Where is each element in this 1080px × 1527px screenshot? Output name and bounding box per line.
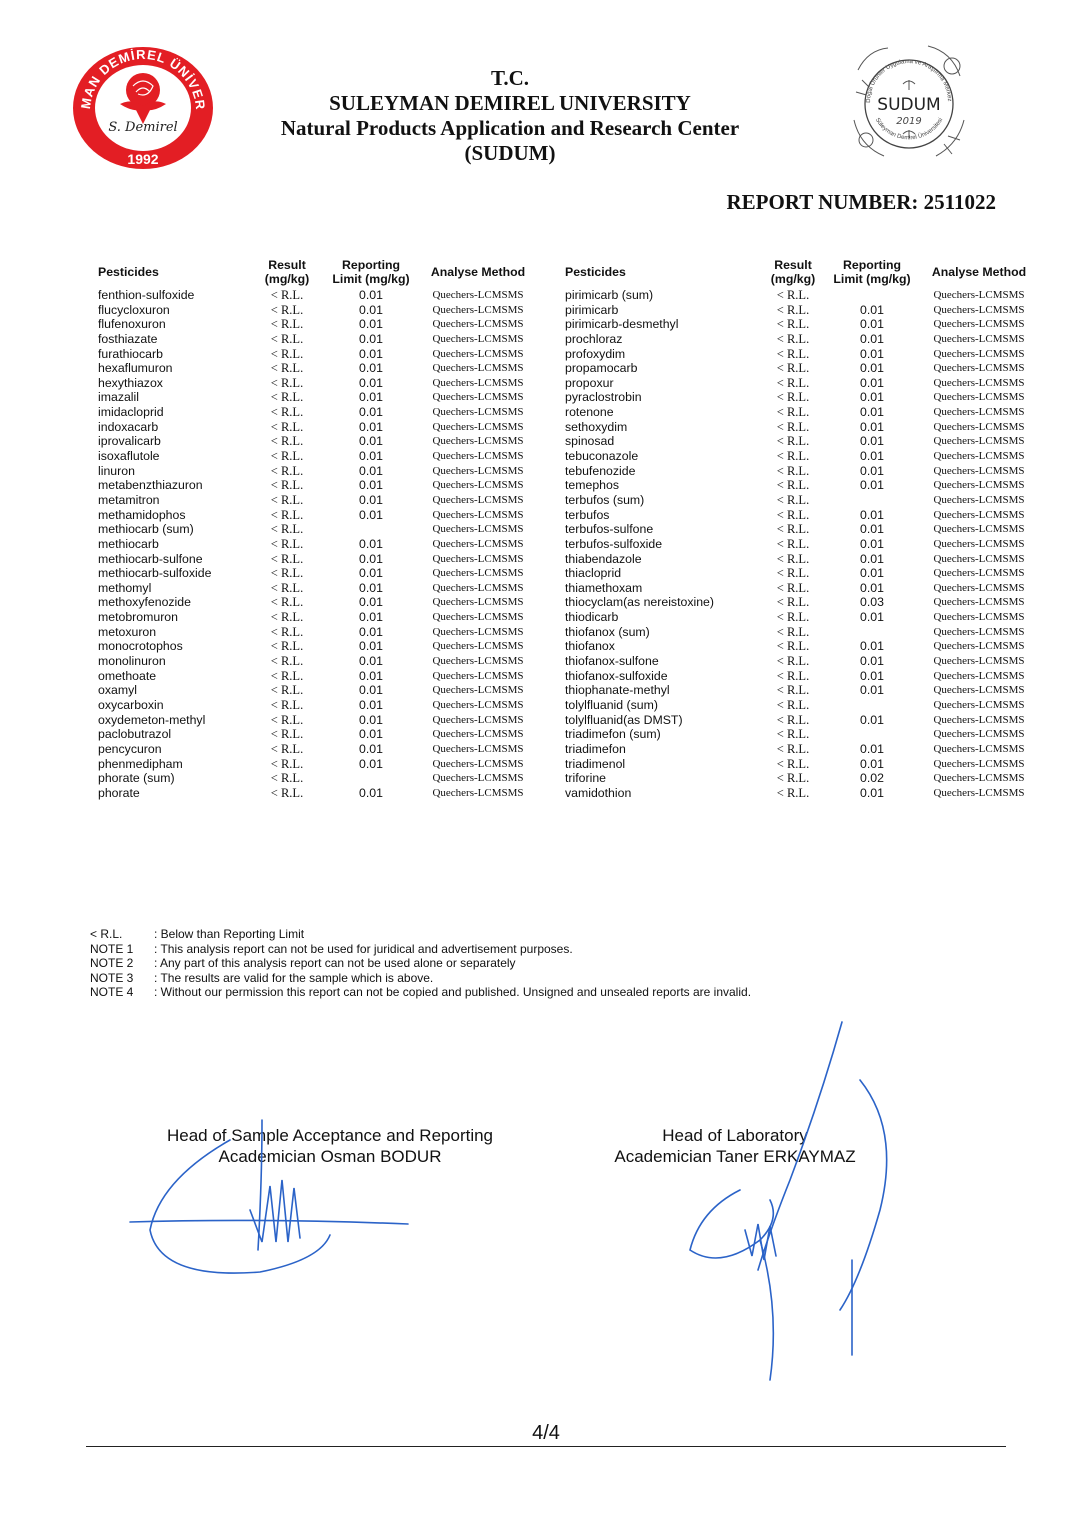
pesticide-name: pirimicarb-desmethyl: [565, 317, 740, 332]
col-analyse-method: Analyse Method: [923, 265, 1035, 279]
table-row: oxydemeton-methyl< R.L.0.01Quechers-LCMS…: [98, 713, 558, 728]
table-row: metobromuron< R.L.0.01Quechers-LCMSMS: [98, 610, 558, 625]
reporting-limit-value: 0.02: [827, 771, 917, 786]
result-value: < R.L.: [765, 522, 821, 537]
analyse-method-value: Quechers-LCMSMS: [923, 639, 1035, 654]
reporting-limit-value: 0.01: [326, 434, 416, 449]
reporting-limit-value: [326, 771, 416, 786]
reporting-limit-value: 0.01: [326, 303, 416, 318]
analyse-method-value: Quechers-LCMSMS: [923, 625, 1035, 640]
signer-title: Head of Laboratory: [590, 1125, 880, 1146]
pesticide-name: iprovalicarb: [98, 434, 260, 449]
result-value: < R.L.: [765, 434, 821, 449]
reporting-limit-value: 0.01: [827, 317, 917, 332]
pesticide-name: terbufos-sulfoxide: [565, 537, 740, 552]
table-row: imazalil< R.L.0.01Quechers-LCMSMS: [98, 390, 558, 405]
pesticide-name: thiodicarb: [565, 610, 740, 625]
table-row: isoxaflutole< R.L.0.01Quechers-LCMSMS: [98, 449, 558, 464]
reporting-limit-value: 0.01: [827, 347, 917, 362]
pesticide-name: fenthion-sulfoxide: [98, 288, 260, 303]
result-value: < R.L.: [260, 566, 314, 581]
signer-name: Academician Taner ERKAYMAZ: [590, 1146, 880, 1167]
table-row: triadimefon (sum)< R.L.Quechers-LCMSMS: [565, 727, 1060, 742]
result-value: < R.L.: [260, 332, 314, 347]
analyse-method-value: Quechers-LCMSMS: [422, 317, 534, 332]
pesticide-name: metobromuron: [98, 610, 260, 625]
pesticide-name: tolylfluanid(as DMST): [565, 713, 740, 728]
result-value: < R.L.: [765, 303, 821, 318]
table-row: thiodicarb< R.L.0.01Quechers-LCMSMS: [565, 610, 1060, 625]
pesticide-name: thiofanox-sulfoxide: [565, 669, 740, 684]
table-row: metoxuron< R.L.0.01Quechers-LCMSMS: [98, 625, 558, 640]
result-value: < R.L.: [260, 347, 314, 362]
reporting-limit-value: [827, 727, 917, 742]
analyse-method-value: Quechers-LCMSMS: [422, 654, 534, 669]
table-row: prochloraz< R.L.0.01Quechers-LCMSMS: [565, 332, 1060, 347]
note-text: : Any part of this analysis report can n…: [154, 956, 516, 971]
analyse-method-value: Quechers-LCMSMS: [923, 405, 1035, 420]
result-value: < R.L.: [260, 317, 314, 332]
result-value: < R.L.: [765, 317, 821, 332]
result-value: < R.L.: [765, 771, 821, 786]
result-value: < R.L.: [765, 654, 821, 669]
note-text: : Without our permission this report can…: [154, 985, 751, 1000]
table-row: monolinuron< R.L.0.01Quechers-LCMSMS: [98, 654, 558, 669]
reporting-limit-value: 0.01: [827, 552, 917, 567]
pesticide-name: fosthiazate: [98, 332, 260, 347]
pesticide-name: methamidophos: [98, 508, 260, 523]
analyse-method-value: Quechers-LCMSMS: [422, 464, 534, 479]
reporting-limit-value: 0.01: [326, 332, 416, 347]
analyse-method-value: Quechers-LCMSMS: [422, 537, 534, 552]
note-key: NOTE 3: [90, 971, 154, 986]
reporting-limit-value: 0.01: [827, 742, 917, 757]
result-value: < R.L.: [260, 727, 314, 742]
reporting-limit-value: 0.01: [326, 493, 416, 508]
result-value: < R.L.: [260, 610, 314, 625]
table-row: thiabendazole< R.L.0.01Quechers-LCMSMS: [565, 552, 1060, 567]
reporting-limit-value: 0.01: [827, 332, 917, 347]
result-value: < R.L.: [260, 464, 314, 479]
pesticide-name: triforine: [565, 771, 740, 786]
note-line: NOTE 4: Without our permission this repo…: [90, 985, 751, 1000]
svg-text:SUDUM: SUDUM: [877, 95, 940, 115]
table-row: thiofanox (sum)< R.L.Quechers-LCMSMS: [565, 625, 1060, 640]
note-text: : The results are valid for the sample w…: [154, 971, 433, 986]
result-value: < R.L.: [260, 376, 314, 391]
reporting-limit-value: 0.01: [326, 625, 416, 640]
pesticide-name: profoxydim: [565, 347, 740, 362]
table-row: methiocarb (sum)< R.L.Quechers-LCMSMS: [98, 522, 558, 537]
table-row: thiofanox< R.L.0.01Quechers-LCMSMS: [565, 639, 1060, 654]
table-row: vamidothion< R.L.0.01Quechers-LCMSMS: [565, 786, 1060, 801]
analyse-method-value: Quechers-LCMSMS: [923, 698, 1035, 713]
pesticide-name: thiacloprid: [565, 566, 740, 581]
result-value: < R.L.: [765, 478, 821, 493]
reporting-limit-value: [326, 522, 416, 537]
table-row: paclobutrazol< R.L.0.01Quechers-LCMSMS: [98, 727, 558, 742]
reporting-limit-value: 0.01: [827, 449, 917, 464]
reporting-limit-value: 0.01: [326, 786, 416, 801]
result-value: < R.L.: [765, 508, 821, 523]
pesticide-name: pirimicarb: [565, 303, 740, 318]
pesticide-name: thiocyclam(as nereistoxine): [565, 595, 740, 610]
table-row: terbufos-sulfoxide< R.L.0.01Quechers-LCM…: [565, 537, 1060, 552]
table-row: thiofanox-sulfone< R.L.0.01Quechers-LCMS…: [565, 654, 1060, 669]
pesticide-name: isoxaflutole: [98, 449, 260, 464]
pesticide-name: propoxur: [565, 376, 740, 391]
result-value: < R.L.: [260, 713, 314, 728]
result-value: < R.L.: [765, 698, 821, 713]
reporting-limit-value: 0.01: [827, 757, 917, 772]
note-key: NOTE 2: [90, 956, 154, 971]
analyse-method-value: Quechers-LCMSMS: [422, 771, 534, 786]
result-value: < R.L.: [260, 522, 314, 537]
table-row: methiocarb-sulfoxide< R.L.0.01Quechers-L…: [98, 566, 558, 581]
result-value: < R.L.: [260, 434, 314, 449]
table-header: Pesticides Result(mg/kg) ReportingLimit …: [98, 256, 558, 288]
table-row: rotenone< R.L.0.01Quechers-LCMSMS: [565, 405, 1060, 420]
pesticide-name: oxamyl: [98, 683, 260, 698]
result-value: < R.L.: [260, 537, 314, 552]
analyse-method-value: Quechers-LCMSMS: [923, 420, 1035, 435]
reporting-limit-value: 0.01: [326, 610, 416, 625]
pesticide-name: methiocarb (sum): [98, 522, 260, 537]
reporting-limit-value: 0.01: [326, 317, 416, 332]
analyse-method-value: Quechers-LCMSMS: [923, 713, 1035, 728]
analyse-method-value: Quechers-LCMSMS: [923, 317, 1035, 332]
analyse-method-value: Quechers-LCMSMS: [923, 771, 1035, 786]
col-reporting-limit: ReportingLimit (mg/kg): [827, 258, 917, 286]
pesticide-name: tebufenozide: [565, 464, 740, 479]
table-row: thiocyclam(as nereistoxine)< R.L.0.03Que…: [565, 595, 1060, 610]
result-value: < R.L.: [765, 493, 821, 508]
reporting-limit-value: 0.01: [827, 420, 917, 435]
result-value: < R.L.: [260, 420, 314, 435]
pesticide-name: thiofanox: [565, 639, 740, 654]
analyse-method-value: Quechers-LCMSMS: [923, 464, 1035, 479]
table-row: thiacloprid< R.L.0.01Quechers-LCMSMS: [565, 566, 1060, 581]
reporting-limit-value: 0.01: [326, 390, 416, 405]
reporting-limit-value: 0.01: [326, 449, 416, 464]
reporting-limit-value: [827, 625, 917, 640]
note-line: < R.L.: Below than Reporting Limit: [90, 927, 751, 942]
reporting-limit-value: 0.01: [326, 713, 416, 728]
analyse-method-value: Quechers-LCMSMS: [422, 625, 534, 640]
reporting-limit-value: [827, 698, 917, 713]
table-row: profoxydim< R.L.0.01Quechers-LCMSMS: [565, 347, 1060, 362]
sudum-logo: Doğal Ürünler Uygulama ve Araştırma Merk…: [848, 40, 970, 164]
analyse-method-value: Quechers-LCMSMS: [923, 742, 1035, 757]
pesticide-name: thiamethoxam: [565, 581, 740, 596]
pesticide-name: phenmedipham: [98, 757, 260, 772]
reporting-limit-value: 0.01: [326, 420, 416, 435]
analyse-method-value: Quechers-LCMSMS: [923, 332, 1035, 347]
analyse-method-value: Quechers-LCMSMS: [422, 493, 534, 508]
analyse-method-value: Quechers-LCMSMS: [923, 552, 1035, 567]
pesticide-name: imazalil: [98, 390, 260, 405]
pesticide-name: tebuconazole: [565, 449, 740, 464]
pesticide-table-left: Pesticides Result(mg/kg) ReportingLimit …: [98, 256, 558, 800]
signature-block-left: Head of Sample Acceptance and Reporting …: [140, 1125, 520, 1167]
result-value: < R.L.: [765, 361, 821, 376]
pesticide-name: terbufos: [565, 508, 740, 523]
result-value: < R.L.: [260, 654, 314, 669]
table-row: sethoxydim< R.L.0.01Quechers-LCMSMS: [565, 420, 1060, 435]
analyse-method-value: Quechers-LCMSMS: [422, 713, 534, 728]
analyse-method-value: Quechers-LCMSMS: [422, 581, 534, 596]
svg-text:2019: 2019: [896, 116, 921, 127]
pesticide-name: terbufos-sulfone: [565, 522, 740, 537]
reporting-limit-value: 0.01: [827, 537, 917, 552]
pesticide-name: triadimefon (sum): [565, 727, 740, 742]
result-value: < R.L.: [260, 478, 314, 493]
reporting-limit-value: 0.01: [827, 478, 917, 493]
pesticide-name: thiofanox (sum): [565, 625, 740, 640]
analyse-method-value: Quechers-LCMSMS: [422, 376, 534, 391]
analyse-method-value: Quechers-LCMSMS: [923, 376, 1035, 391]
result-value: < R.L.: [765, 610, 821, 625]
reporting-limit-value: 0.01: [326, 537, 416, 552]
result-value: < R.L.: [260, 405, 314, 420]
reporting-limit-value: 0.01: [326, 757, 416, 772]
col-result: Result(mg/kg): [260, 258, 314, 286]
table-row: thiamethoxam< R.L.0.01Quechers-LCMSMS: [565, 581, 1060, 596]
analyse-method-value: Quechers-LCMSMS: [923, 288, 1035, 303]
reporting-limit-value: 0.01: [326, 376, 416, 391]
analyse-method-value: Quechers-LCMSMS: [923, 434, 1035, 449]
pesticide-name: hexythiazox: [98, 376, 260, 391]
analyse-method-value: Quechers-LCMSMS: [923, 361, 1035, 376]
result-value: < R.L.: [765, 464, 821, 479]
analyse-method-value: Quechers-LCMSMS: [923, 581, 1035, 596]
pesticide-name: methoxyfenozide: [98, 595, 260, 610]
reporting-limit-value: [827, 288, 917, 303]
reporting-limit-value: 0.01: [326, 464, 416, 479]
result-value: < R.L.: [765, 347, 821, 362]
analyse-method-value: Quechers-LCMSMS: [422, 742, 534, 757]
col-reporting-limit: ReportingLimit (mg/kg): [326, 258, 416, 286]
table-row: tolylfluanid (sum)< R.L.Quechers-LCMSMS: [565, 698, 1060, 713]
table-row: methomyl< R.L.0.01Quechers-LCMSMS: [98, 581, 558, 596]
result-value: < R.L.: [260, 361, 314, 376]
analyse-method-value: Quechers-LCMSMS: [422, 786, 534, 801]
reporting-limit-value: 0.01: [827, 654, 917, 669]
result-value: < R.L.: [765, 405, 821, 420]
analyse-method-value: Quechers-LCMSMS: [923, 303, 1035, 318]
table-row: tolylfluanid(as DMST)< R.L.0.01Quechers-…: [565, 713, 1060, 728]
analyse-method-value: Quechers-LCMSMS: [923, 522, 1035, 537]
reporting-limit-value: 0.01: [326, 669, 416, 684]
reporting-limit-value: 0.01: [326, 639, 416, 654]
note-key: < R.L.: [90, 927, 154, 942]
reporting-limit-value: 0.01: [827, 303, 917, 318]
table-row: iprovalicarb< R.L.0.01Quechers-LCMSMS: [98, 434, 558, 449]
signature-block-right: Head of Laboratory Academician Taner ERK…: [590, 1125, 880, 1167]
pesticide-name: rotenone: [565, 405, 740, 420]
result-value: < R.L.: [260, 786, 314, 801]
table-row: triforine< R.L.0.02Quechers-LCMSMS: [565, 771, 1060, 786]
table-row: omethoate< R.L.0.01Quechers-LCMSMS: [98, 669, 558, 684]
pesticide-name: methiocarb-sulfoxide: [98, 566, 260, 581]
analyse-method-value: Quechers-LCMSMS: [422, 361, 534, 376]
analyse-method-value: Quechers-LCMSMS: [422, 552, 534, 567]
table-row: pirimicarb< R.L.0.01Quechers-LCMSMS: [565, 303, 1060, 318]
table-row: pyraclostrobin< R.L.0.01Quechers-LCMSMS: [565, 390, 1060, 405]
pesticide-name: metoxuron: [98, 625, 260, 640]
analyse-method-value: Quechers-LCMSMS: [923, 449, 1035, 464]
table-row: pirimicarb-desmethyl< R.L.0.01Quechers-L…: [565, 317, 1060, 332]
table-row: oxycarboxin< R.L.0.01Quechers-LCMSMS: [98, 698, 558, 713]
col-pesticides: Pesticides: [565, 265, 740, 279]
result-value: < R.L.: [260, 552, 314, 567]
analyse-method-value: Quechers-LCMSMS: [422, 332, 534, 347]
result-value: < R.L.: [260, 390, 314, 405]
pesticide-name: monolinuron: [98, 654, 260, 669]
pesticide-name: methomyl: [98, 581, 260, 596]
pesticide-name: flufenoxuron: [98, 317, 260, 332]
pesticide-name: methiocarb: [98, 537, 260, 552]
reporting-limit-value: 0.01: [827, 405, 917, 420]
result-value: < R.L.: [765, 449, 821, 464]
reporting-limit-value: 0.01: [827, 669, 917, 684]
pesticide-name: propamocarb: [565, 361, 740, 376]
reporting-limit-value: 0.01: [326, 566, 416, 581]
result-value: < R.L.: [765, 552, 821, 567]
analyse-method-value: Quechers-LCMSMS: [422, 595, 534, 610]
analyse-method-value: Quechers-LCMSMS: [422, 610, 534, 625]
reporting-limit-value: 0.01: [326, 552, 416, 567]
analyse-method-value: Quechers-LCMSMS: [923, 390, 1035, 405]
table-row: thiophanate-methyl< R.L.0.01Quechers-LCM…: [565, 683, 1060, 698]
result-value: < R.L.: [260, 771, 314, 786]
reporting-limit-value: 0.01: [326, 595, 416, 610]
signer-name: Academician Osman BODUR: [140, 1146, 520, 1167]
table-row: furathiocarb< R.L.0.01Quechers-LCMSMS: [98, 347, 558, 362]
result-value: < R.L.: [260, 698, 314, 713]
pesticide-name: oxydemeton-methyl: [98, 713, 260, 728]
pesticide-name: thiofanox-sulfone: [565, 654, 740, 669]
report-number: REPORT NUMBER: 2511022: [726, 190, 996, 215]
analyse-method-value: Quechers-LCMSMS: [422, 288, 534, 303]
pesticide-name: prochloraz: [565, 332, 740, 347]
result-value: < R.L.: [765, 595, 821, 610]
analyse-method-value: Quechers-LCMSMS: [422, 669, 534, 684]
handwritten-signatures: [0, 1010, 1080, 1390]
pesticide-name: furathiocarb: [98, 347, 260, 362]
col-analyse-method: Analyse Method: [422, 265, 534, 279]
analyse-method-value: Quechers-LCMSMS: [422, 508, 534, 523]
analyse-method-value: Quechers-LCMSMS: [422, 566, 534, 581]
pesticide-name: thiophanate-methyl: [565, 683, 740, 698]
result-value: < R.L.: [260, 639, 314, 654]
notes-legend: < R.L.: Below than Reporting LimitNOTE 1…: [90, 927, 751, 1000]
pesticide-name: hexaflumuron: [98, 361, 260, 376]
table-row: methiocarb-sulfone< R.L.0.01Quechers-LCM…: [98, 552, 558, 567]
pesticide-name: terbufos (sum): [565, 493, 740, 508]
table-row: pencycuron< R.L.0.01Quechers-LCMSMS: [98, 742, 558, 757]
table-row: thiofanox-sulfoxide< R.L.0.01Quechers-LC…: [565, 669, 1060, 684]
reporting-limit-value: 0.01: [827, 508, 917, 523]
result-value: < R.L.: [260, 581, 314, 596]
result-value: < R.L.: [765, 683, 821, 698]
table-row: oxamyl< R.L.0.01Quechers-LCMSMS: [98, 683, 558, 698]
result-value: < R.L.: [765, 288, 821, 303]
table-row: triadimefon< R.L.0.01Quechers-LCMSMS: [565, 742, 1060, 757]
analyse-method-value: Quechers-LCMSMS: [923, 683, 1035, 698]
pesticide-name: monocrotophos: [98, 639, 260, 654]
result-value: < R.L.: [765, 376, 821, 391]
analyse-method-value: Quechers-LCMSMS: [923, 508, 1035, 523]
reporting-limit-value: [827, 493, 917, 508]
result-value: < R.L.: [765, 332, 821, 347]
pesticide-name: paclobutrazol: [98, 727, 260, 742]
pesticide-name: temephos: [565, 478, 740, 493]
reporting-limit-value: 0.01: [326, 654, 416, 669]
analyse-method-value: Quechers-LCMSMS: [923, 347, 1035, 362]
signer-title: Head of Sample Acceptance and Reporting: [140, 1125, 520, 1146]
result-value: < R.L.: [765, 669, 821, 684]
result-value: < R.L.: [260, 288, 314, 303]
reporting-limit-value: 0.01: [326, 698, 416, 713]
reporting-limit-value: 0.01: [326, 727, 416, 742]
reporting-limit-value: 0.01: [326, 347, 416, 362]
analyse-method-value: Quechers-LCMSMS: [923, 727, 1035, 742]
table-row: metabenzthiazuron< R.L.0.01Quechers-LCMS…: [98, 478, 558, 493]
analyse-method-value: Quechers-LCMSMS: [422, 420, 534, 435]
table-row: imidacloprid< R.L.0.01Quechers-LCMSMS: [98, 405, 558, 420]
footer-divider: [86, 1446, 1006, 1447]
analyse-method-value: Quechers-LCMSMS: [422, 405, 534, 420]
pesticide-name: pencycuron: [98, 742, 260, 757]
result-value: < R.L.: [260, 303, 314, 318]
analyse-method-value: Quechers-LCMSMS: [422, 683, 534, 698]
note-line: NOTE 2: Any part of this analysis report…: [90, 956, 751, 971]
pesticide-name: pirimicarb (sum): [565, 288, 740, 303]
table-row: methoxyfenozide< R.L.0.01Quechers-LCMSMS: [98, 595, 558, 610]
reporting-limit-value: 0.01: [827, 361, 917, 376]
result-value: < R.L.: [260, 757, 314, 772]
table-row: terbufos (sum)< R.L.Quechers-LCMSMS: [565, 493, 1060, 508]
reporting-limit-value: 0.01: [326, 742, 416, 757]
table-row: fosthiazate< R.L.0.01Quechers-LCMSMS: [98, 332, 558, 347]
reporting-limit-value: 0.03: [827, 595, 917, 610]
pesticide-name: spinosad: [565, 434, 740, 449]
pesticide-name: methiocarb-sulfone: [98, 552, 260, 567]
reporting-limit-value: 0.01: [827, 581, 917, 596]
table-row: propamocarb< R.L.0.01Quechers-LCMSMS: [565, 361, 1060, 376]
table-row: methamidophos< R.L.0.01Quechers-LCMSMS: [98, 508, 558, 523]
result-value: < R.L.: [765, 390, 821, 405]
result-value: < R.L.: [765, 420, 821, 435]
result-value: < R.L.: [260, 669, 314, 684]
result-value: < R.L.: [765, 639, 821, 654]
col-pesticides: Pesticides: [98, 265, 260, 279]
pesticide-name: phorate: [98, 786, 260, 801]
reporting-limit-value: 0.01: [326, 581, 416, 596]
table-row: phorate (sum)< R.L.Quechers-LCMSMS: [98, 771, 558, 786]
table-row: fenthion-sulfoxide< R.L.0.01Quechers-LCM…: [98, 288, 558, 303]
analyse-method-value: Quechers-LCMSMS: [422, 757, 534, 772]
table-row: terbufos-sulfone< R.L.0.01Quechers-LCMSM…: [565, 522, 1060, 537]
reporting-limit-value: 0.01: [827, 683, 917, 698]
note-line: NOTE 3: The results are valid for the sa…: [90, 971, 751, 986]
result-value: < R.L.: [260, 595, 314, 610]
analyse-method-value: Quechers-LCMSMS: [422, 434, 534, 449]
analyse-method-value: Quechers-LCMSMS: [422, 727, 534, 742]
pesticide-name: flucycloxuron: [98, 303, 260, 318]
table-row: temephos< R.L.0.01Quechers-LCMSMS: [565, 478, 1060, 493]
